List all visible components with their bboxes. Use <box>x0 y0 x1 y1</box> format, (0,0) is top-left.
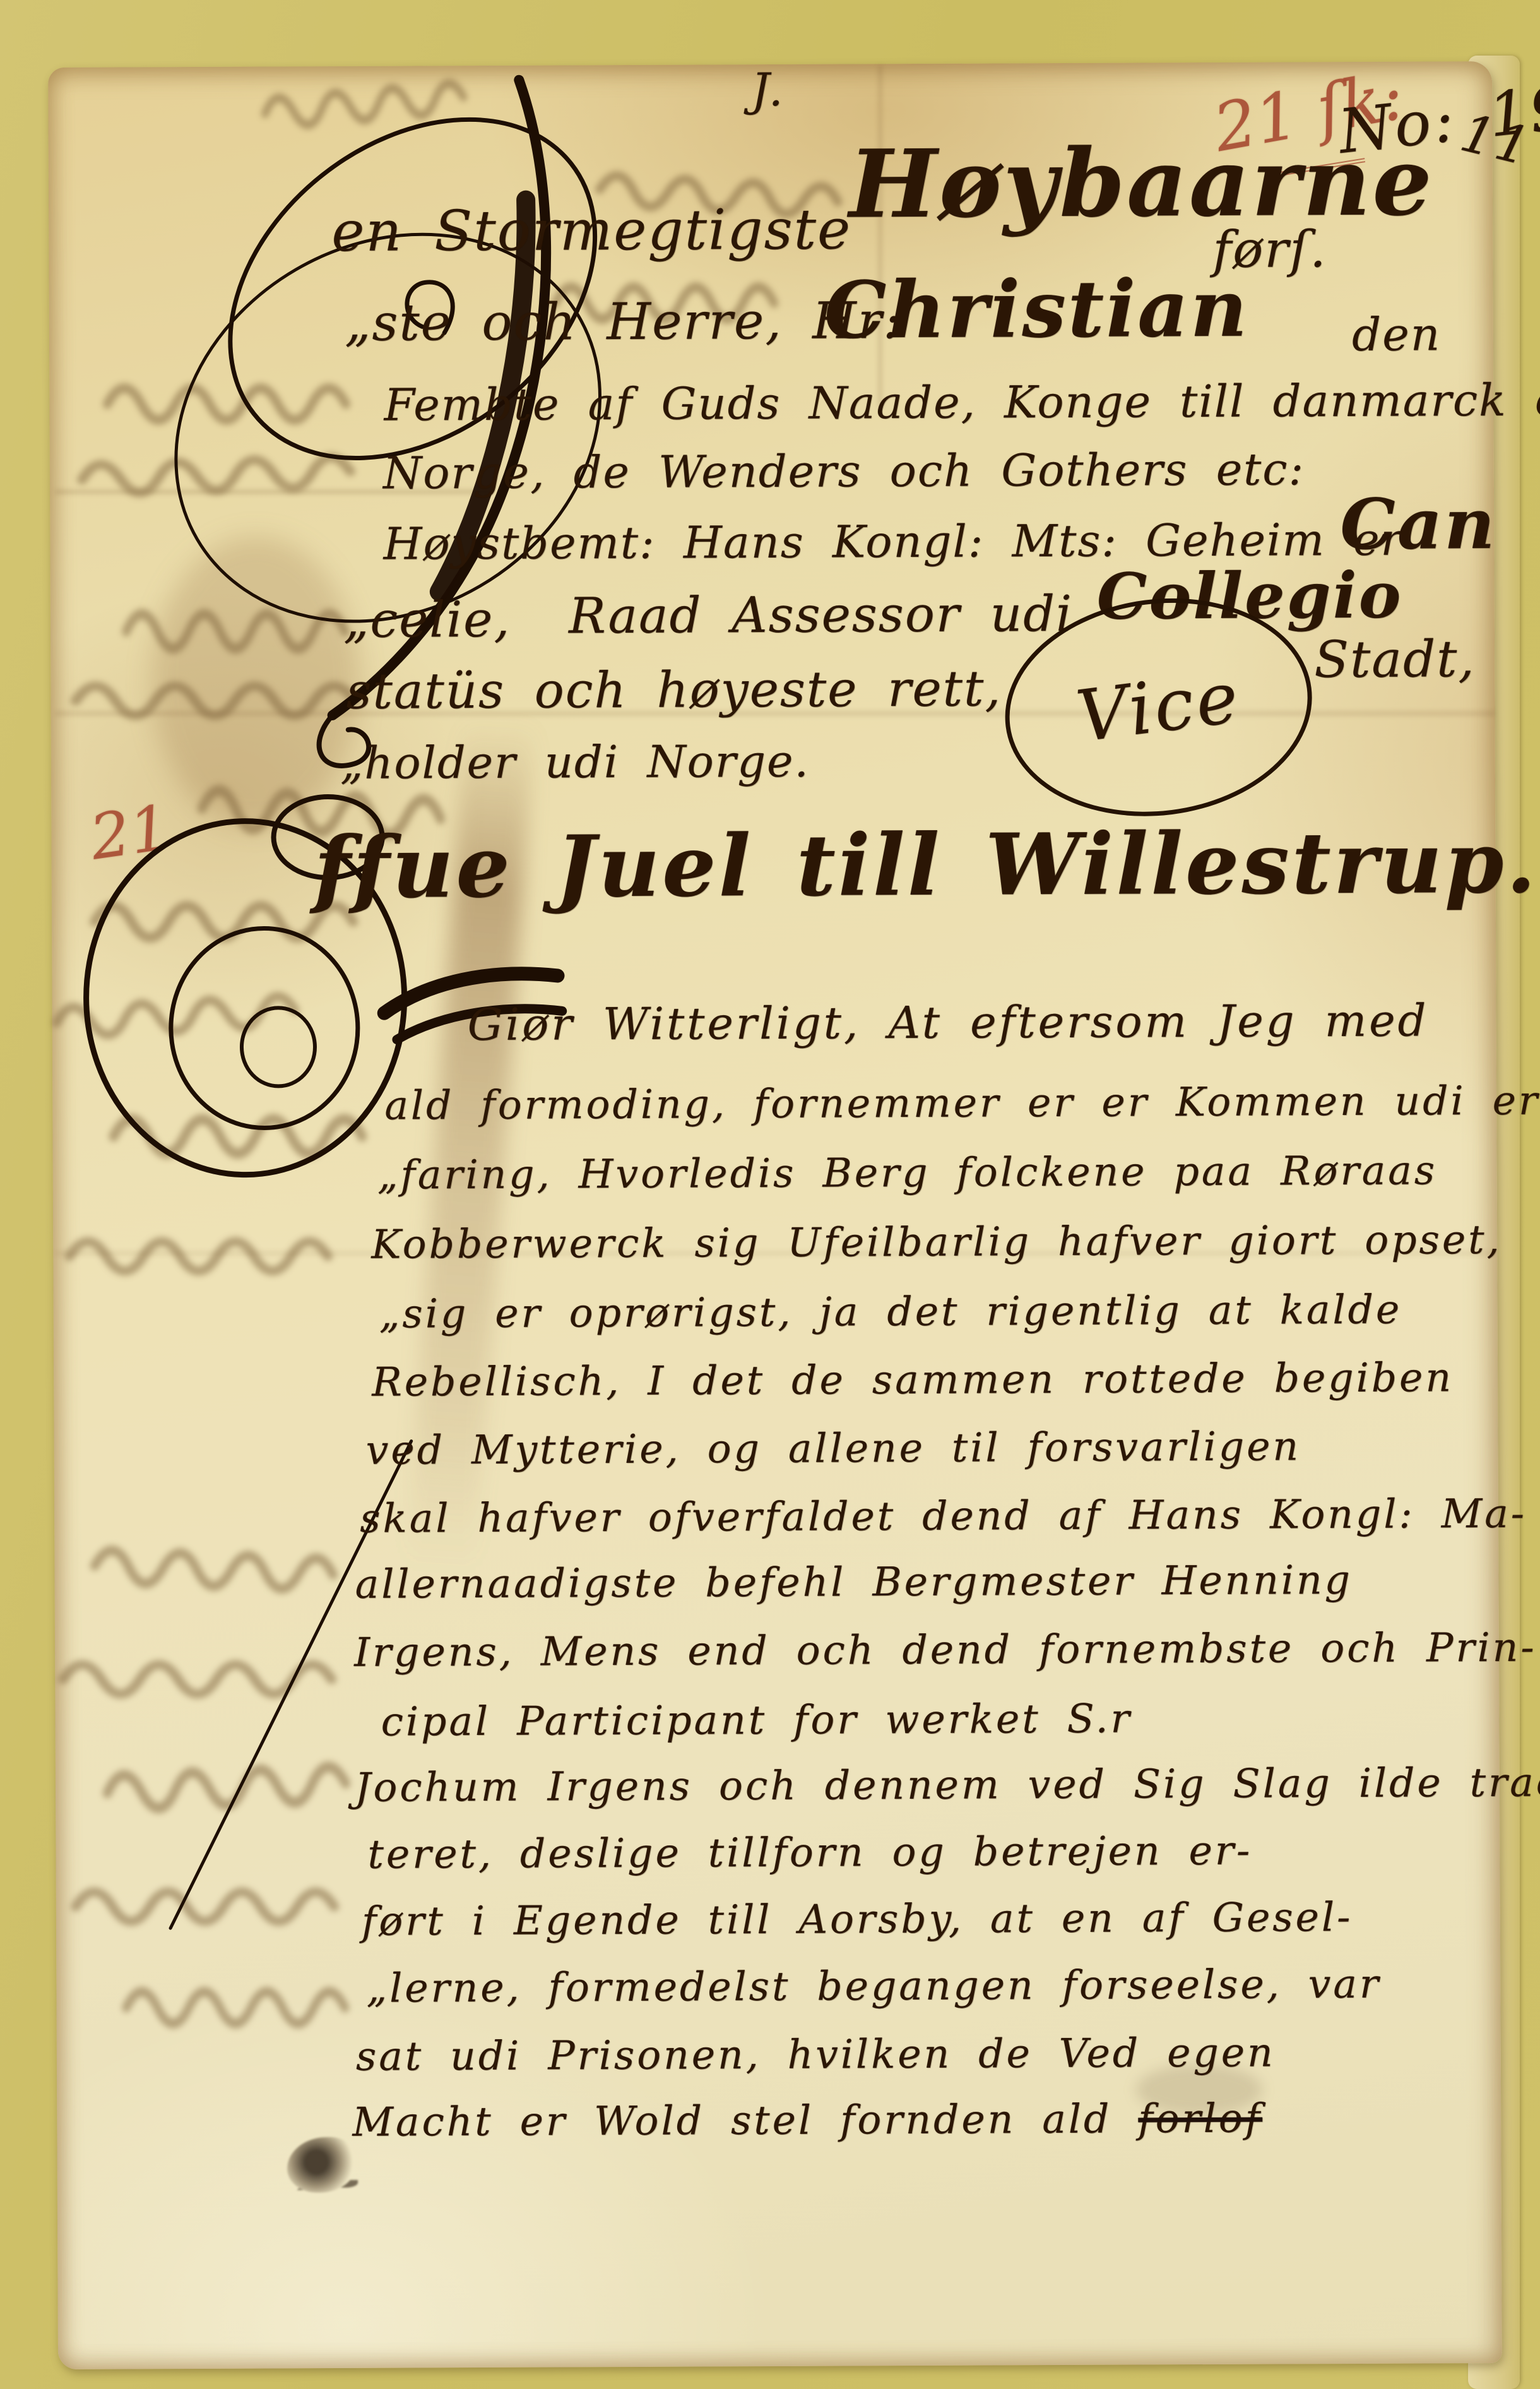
address-line2-big: Christian <box>824 263 1250 357</box>
body-line-1: Giør Witterligt, At eftersom Jeg med <box>468 994 1429 1051</box>
body-line-8: skal hafver ofverfaldet dend af Hans Kon… <box>360 1491 1527 1542</box>
invocation-mark: J. <box>751 63 786 116</box>
body-line-14: ført i Egende till Aorsby, at en af Gese… <box>362 1894 1353 1945</box>
address-line8: „holder udi Norge. <box>340 736 810 789</box>
strikethrough-word: forlof <box>1138 2095 1262 2142</box>
body-line-12: Jochum Irgens och dennem ved Sig Slag il… <box>355 1759 1540 1810</box>
ink-layer: J. 21 ſk: No: 19 11 en Stormegtigste Høy… <box>0 0 1540 2389</box>
body-line-17-main: Macht er Wold stel fornden ald <box>352 2096 1111 2145</box>
address-line4: Norge, de Wenders och Gothers etc: <box>383 443 1305 499</box>
address-line1-big: Høybaarne <box>849 126 1434 239</box>
body-line-15: „lerne, formedelst begangen forseelse, v… <box>366 1961 1381 2011</box>
body-line-7: ved Mytterie, og allene til forsvarligen <box>366 1423 1301 1473</box>
address-line6-main: Raad Assessor udi <box>569 586 1073 645</box>
body-line-17: Macht er Wold stel fornden ald forlof <box>352 2095 1262 2145</box>
address-line5-big: Can <box>1340 483 1496 565</box>
body-line-11: cipal Participant for werket S.r <box>381 1696 1132 1745</box>
body-line-16: sat udi Prisonen, hvilken de Ved egen <box>356 2030 1276 2080</box>
address-line2-pre: „ste och Herre, Hr: <box>345 291 902 352</box>
scanned-manuscript-screenshot: { "page": { "kind": "Handwritten chancer… <box>0 0 1540 2389</box>
body-line-6: Rebellisch, I det de sammen rottede begi… <box>372 1354 1454 1405</box>
body-line-4: Kobberwerck sig Ufeilbarlig hafver giort… <box>371 1217 1502 1268</box>
address-vice: Vice <box>1072 656 1245 758</box>
body-line-13: teret, deslige tillforn og betrejen er- <box>367 1828 1252 1878</box>
body-line-10: Irgens, Mens end och dend fornembste och… <box>354 1624 1537 1676</box>
address-line6-pre: „celie, <box>343 592 511 649</box>
body-line-2: ald formoding, fornemmer er er Kommen ud… <box>384 1077 1540 1128</box>
salutation-line: ffue Juel till Willestrup. <box>314 813 1538 917</box>
address-line3: Fembte af Guds Naade, Konge till danmarc… <box>384 374 1540 431</box>
body-line-9: allernaadigste befehl Bergmester Henning <box>355 1557 1353 1607</box>
address-line2-end: den <box>1352 307 1441 361</box>
body-line-3: „faring, Hvorledis Berg folckene paa Rør… <box>377 1147 1438 1198</box>
address-line7: statüs och høyeste rett, <box>346 660 1002 720</box>
address-line1-mid: en Stormegtigste <box>331 196 851 264</box>
body-line-5: „sig er oprørigst, ja det rigentlig at k… <box>379 1287 1402 1337</box>
address-stadt: Stadt, <box>1314 629 1476 689</box>
